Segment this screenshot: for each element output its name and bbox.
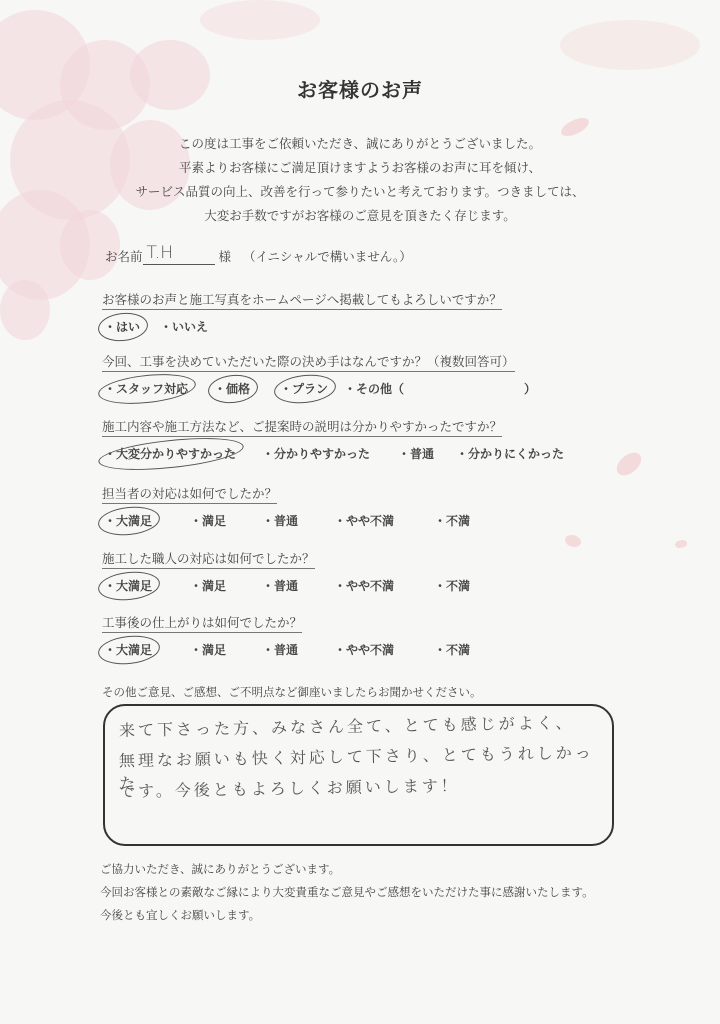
question-title: 今回、工事を決めていただいた際の決め手はなんですか？（複数回答可） <box>102 352 515 372</box>
option-no[interactable]: ・いいえ <box>160 318 208 335</box>
intro-line: 平素よりお客様にご満足頂けますようお客様のお声に耳を傾け、 <box>0 156 720 180</box>
name-field-row: お名前T.H 様 （イニシャルで構いません。） <box>105 246 412 265</box>
closing-line: 今回お客様との素敵なご縁により大変貴重なご意見やご感想をいただけた事に感謝いたし… <box>100 881 594 904</box>
option-very-satisfied[interactable]: ・大満足 <box>104 641 152 658</box>
option-satisfied[interactable]: ・満足 <box>190 641 226 658</box>
question-title: 施工内容や施工方法など、ご提案時の説明は分かりやすかったですか？ <box>102 417 502 437</box>
intro-line: 大変お手数ですがお客様のご意見を頂きたく存じます。 <box>0 204 720 228</box>
question-title: 工事後の仕上がりは如何でしたか？ <box>102 613 302 633</box>
question-finish-quality: 工事後の仕上がりは如何でしたか？ ・大満足 ・満足 ・普通 ・やや不満 ・不満 <box>102 613 302 659</box>
option-other[interactable]: ・その他（ <box>344 380 404 397</box>
option-somewhat-dissatisfied[interactable]: ・やや不満 <box>334 641 394 658</box>
option-yes[interactable]: ・はい <box>104 318 140 335</box>
option-dissatisfied[interactable]: ・不満 <box>434 577 470 594</box>
option-normal[interactable]: ・普通 <box>262 577 298 594</box>
name-value: T.H <box>147 243 174 263</box>
option-satisfied[interactable]: ・満足 <box>190 577 226 594</box>
question-title: 担当者の対応は如何でしたか？ <box>102 484 277 504</box>
question-publish: お客様のお声と施工写真をホームページへ掲載してもよろしいですか？ ・はい ・いい… <box>102 290 502 336</box>
closing-line: 今後とも宜しくお願いします。 <box>100 904 594 927</box>
name-field[interactable]: T.H <box>143 246 215 265</box>
option-very-satisfied[interactable]: ・大満足 <box>104 512 152 529</box>
option-somewhat-dissatisfied[interactable]: ・やや不満 <box>334 512 394 529</box>
question-craftsman-response: 施工した職人の対応は如何でしたか？ ・大満足 ・満足 ・普通 ・やや不満 ・不満 <box>102 549 315 595</box>
option-clear[interactable]: ・分かりやすかった <box>262 445 370 462</box>
option-normal[interactable]: ・普通 <box>398 445 434 462</box>
option-other-close: ） <box>524 380 536 397</box>
question-explanation: 施工内容や施工方法など、ご提案時の説明は分かりやすかったですか？ ・大変分かりや… <box>102 417 502 463</box>
closing-text: ご協力いただき、誠にありがとうございます。 今回お客様との素敵なご縁により大変貴… <box>100 858 594 927</box>
option-dissatisfied[interactable]: ・不満 <box>434 641 470 658</box>
option-very-satisfied[interactable]: ・大満足 <box>104 577 152 594</box>
option-normal[interactable]: ・普通 <box>262 512 298 529</box>
closing-line: ご協力いただき、誠にありがとうございます。 <box>100 858 594 881</box>
comment-box[interactable]: 来て下さった方、みなさん全て、とても感じがよく、 無理なお願いも快く対応して下さ… <box>103 704 614 846</box>
comment-line: 来て下さった方、みなさん全て、とても感じがよく、 <box>119 710 575 741</box>
intro-line: この度は工事をご依頼いただき、誠にありがとうございました。 <box>0 132 720 156</box>
option-price[interactable]: ・価格 <box>214 380 250 397</box>
option-very-clear[interactable]: ・大変分かりやすかった <box>104 445 236 462</box>
comment-line: です。今後ともよろしくお願いします！ <box>119 773 460 802</box>
page-title: お客様のお声 <box>0 74 720 103</box>
name-label: お名前 <box>105 249 143 264</box>
name-suffix: 様 <box>219 249 232 264</box>
option-unclear[interactable]: ・分かりにくかった <box>456 445 564 462</box>
option-satisfied[interactable]: ・満足 <box>190 512 226 529</box>
intro-line: サービス品質の向上、改善を行って参りたいと考えております。つきましては、 <box>0 180 720 204</box>
name-note: （イニシャルで構いません。） <box>243 249 412 264</box>
intro-text: この度は工事をご依頼いただき、誠にありがとうございました。 平素よりお客様にご満… <box>0 132 720 228</box>
question-deciding-factor: 今回、工事を決めていただいた際の決め手はなんですか？（複数回答可） ・スタッフ対… <box>102 352 515 398</box>
question-staff-response: 担当者の対応は如何でしたか？ ・大満足 ・満足 ・普通 ・やや不満 ・不満 <box>102 484 277 530</box>
question-title: 施工した職人の対応は如何でしたか？ <box>102 549 315 569</box>
option-plan[interactable]: ・プラン <box>280 380 328 397</box>
option-staff[interactable]: ・スタッフ対応 <box>104 380 188 397</box>
option-somewhat-dissatisfied[interactable]: ・やや不満 <box>334 577 394 594</box>
question-title: お客様のお声と施工写真をホームページへ掲載してもよろしいですか？ <box>102 290 502 310</box>
option-dissatisfied[interactable]: ・不満 <box>434 512 470 529</box>
comment-label: その他ご意見、ご感想、ご不明点など御座いましたらお聞かせください。 <box>102 684 482 700</box>
option-normal[interactable]: ・普通 <box>262 641 298 658</box>
